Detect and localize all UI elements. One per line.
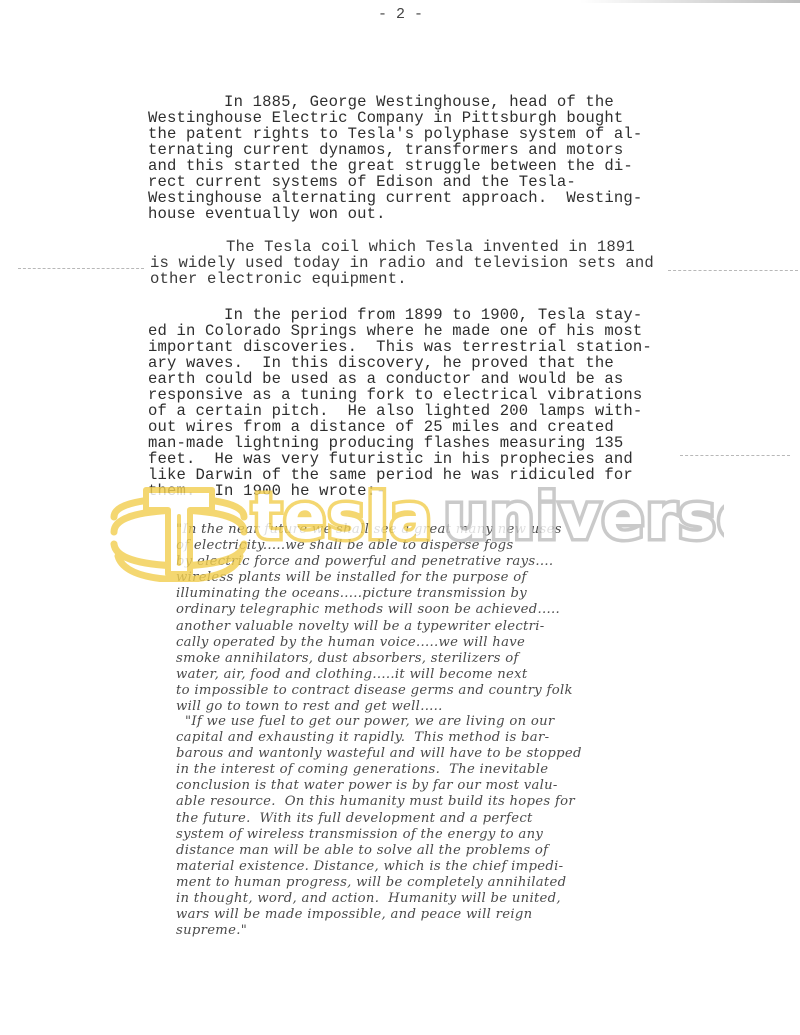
scan-edge-shadow	[580, 0, 800, 3]
quote-fuel-power: "If we use fuel to get our power, we are…	[176, 714, 646, 939]
paragraph-colorado-springs: In the period from 1899 to 1900, Tesla s…	[148, 307, 688, 499]
page-number: - 2 -	[378, 6, 423, 23]
quote-future-uses: "In the near future we shall see a great…	[176, 522, 646, 715]
paragraph-westinghouse: In 1885, George Westinghouse, head of th…	[148, 94, 688, 222]
scan-artifact-line	[668, 270, 798, 271]
paragraph-tesla-coil: The Tesla coil which Tesla invented in 1…	[150, 239, 690, 287]
scan-artifact-line	[680, 455, 790, 456]
scan-artifact-line	[18, 268, 144, 269]
